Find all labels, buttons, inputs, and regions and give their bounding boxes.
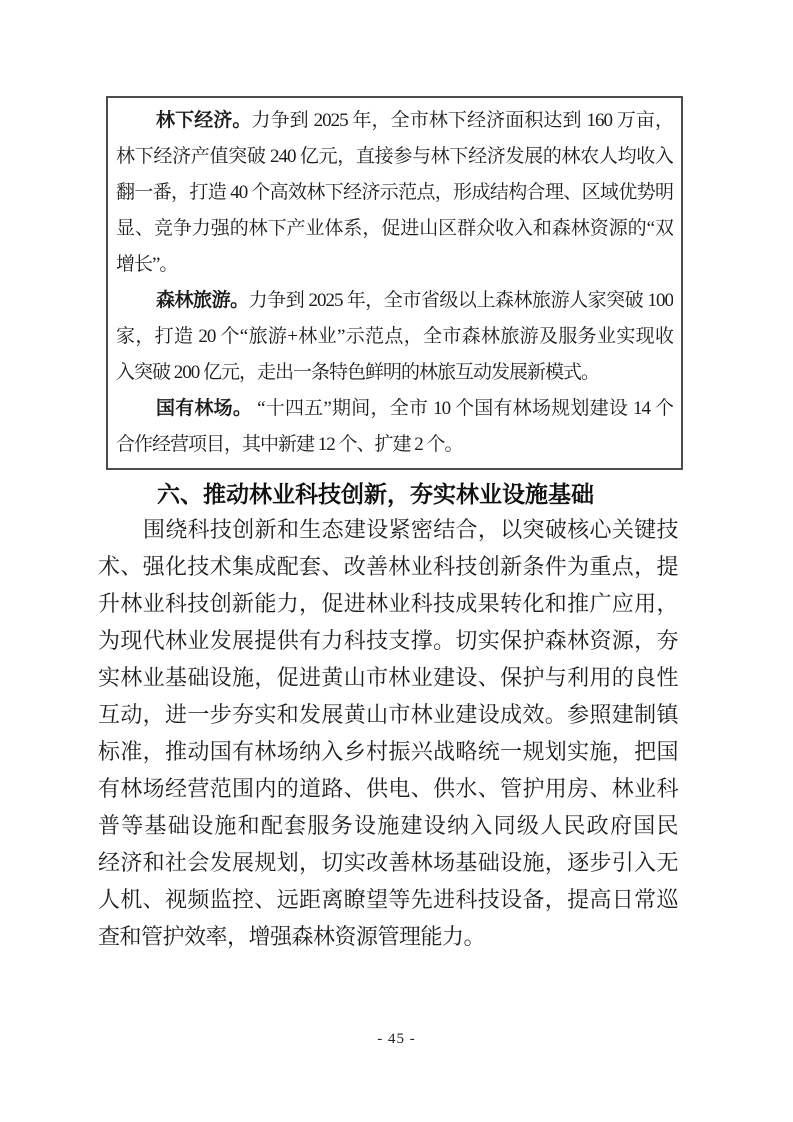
section-heading: 六、推动林业科技创新，夯实林业设施基础: [98, 476, 678, 512]
text-line: 为现代林业发展提供有力科技支撑。切实保护森林资源，夯: [98, 622, 678, 659]
text-line: 查和管护效率，增强森林资源管理能力。: [98, 918, 678, 955]
text-line: 互动，进一步夯实和发展黄山市林业建设成效。参照建制镇: [98, 696, 678, 733]
text-line: 林下经济。力争到 2025 年，全市林下经济面积达到 160 万亩，: [116, 103, 673, 139]
text-line: 入突破 200 亿元，走出一条特色鲜明的林旅互动发展新模式。: [116, 355, 673, 391]
text-line: 升林业科技创新能力，促进林业科技成果转化和推广应用，: [98, 585, 678, 622]
text-line: 有林场经营范围内的道路、供电、供水、管护用房、林业科: [98, 770, 678, 807]
text-line: 家，打造 20 个“旅游+林业”示范点，全市森林旅游及服务业实现收: [116, 319, 673, 355]
text-line: 翻一番，打造 40 个高效林下经济示范点，形成结构合理、区域优势明: [116, 175, 673, 211]
text-line: 实林业基础设施，促进黄山市林业建设、保护与利用的良性: [98, 659, 678, 696]
quote-paragraph: 森林旅游。力争到 2025 年，全市省级以上森林旅游人家突破 100 家，打造 …: [116, 283, 673, 391]
quote-paragraph: 林下经济。力争到 2025 年，全市林下经济面积达到 160 万亩， 林下经济产…: [116, 103, 673, 283]
document-page: 林下经济。力争到 2025 年，全市林下经济面积达到 160 万亩， 林下经济产…: [0, 0, 793, 1122]
text-line: 国有林场。 “十四五”期间，全市 10 个国有林场规划建设 14 个: [116, 391, 673, 427]
paragraph-lead: 森林旅游。: [156, 290, 249, 311]
paragraph-lead: 国有林场。: [156, 398, 252, 419]
text-line: 显、竞争力强的林下产业体系，促进山区群众收入和森林资源的“双: [116, 211, 673, 247]
page-number: - 45 -: [0, 1031, 793, 1048]
text-line: 围绕科技创新和生态建设紧密结合，以突破核心关键技: [98, 511, 678, 548]
text-line: 合作经营项目，其中新建 12 个、扩建 2 个。: [116, 427, 673, 463]
text-line: 林下经济产值突破 240 亿元，直接参与林下经济发展的林农人均收入: [116, 139, 673, 175]
text-line: 术、强化技术集成配套、改善林业科技创新条件为重点，提: [98, 548, 678, 585]
text-line: 经济和社会发展规划，切实改善林场基础设施，逐步引入无: [98, 844, 678, 881]
body-paragraph: 围绕科技创新和生态建设紧密结合，以突破核心关键技 术、强化技术集成配套、改善林业…: [98, 511, 678, 955]
quote-paragraph: 国有林场。 “十四五”期间，全市 10 个国有林场规划建设 14 个 合作经营项…: [116, 391, 673, 463]
quote-box: 林下经济。力争到 2025 年，全市林下经济面积达到 160 万亩， 林下经济产…: [106, 96, 683, 470]
text-line: 标准，推动国有林场纳入乡村振兴战略统一规划实施，把国: [98, 733, 678, 770]
text-line: 增长”。: [116, 247, 673, 283]
text-line: 人机、视频监控、远距离瞭望等先进科技设备，提高日常巡: [98, 881, 678, 918]
text-line: 普等基础设施和配套服务设施建设纳入同级人民政府国民: [98, 807, 678, 844]
paragraph-lead: 林下经济。: [156, 110, 251, 131]
text-line: 森林旅游。力争到 2025 年，全市省级以上森林旅游人家突破 100: [116, 283, 673, 319]
